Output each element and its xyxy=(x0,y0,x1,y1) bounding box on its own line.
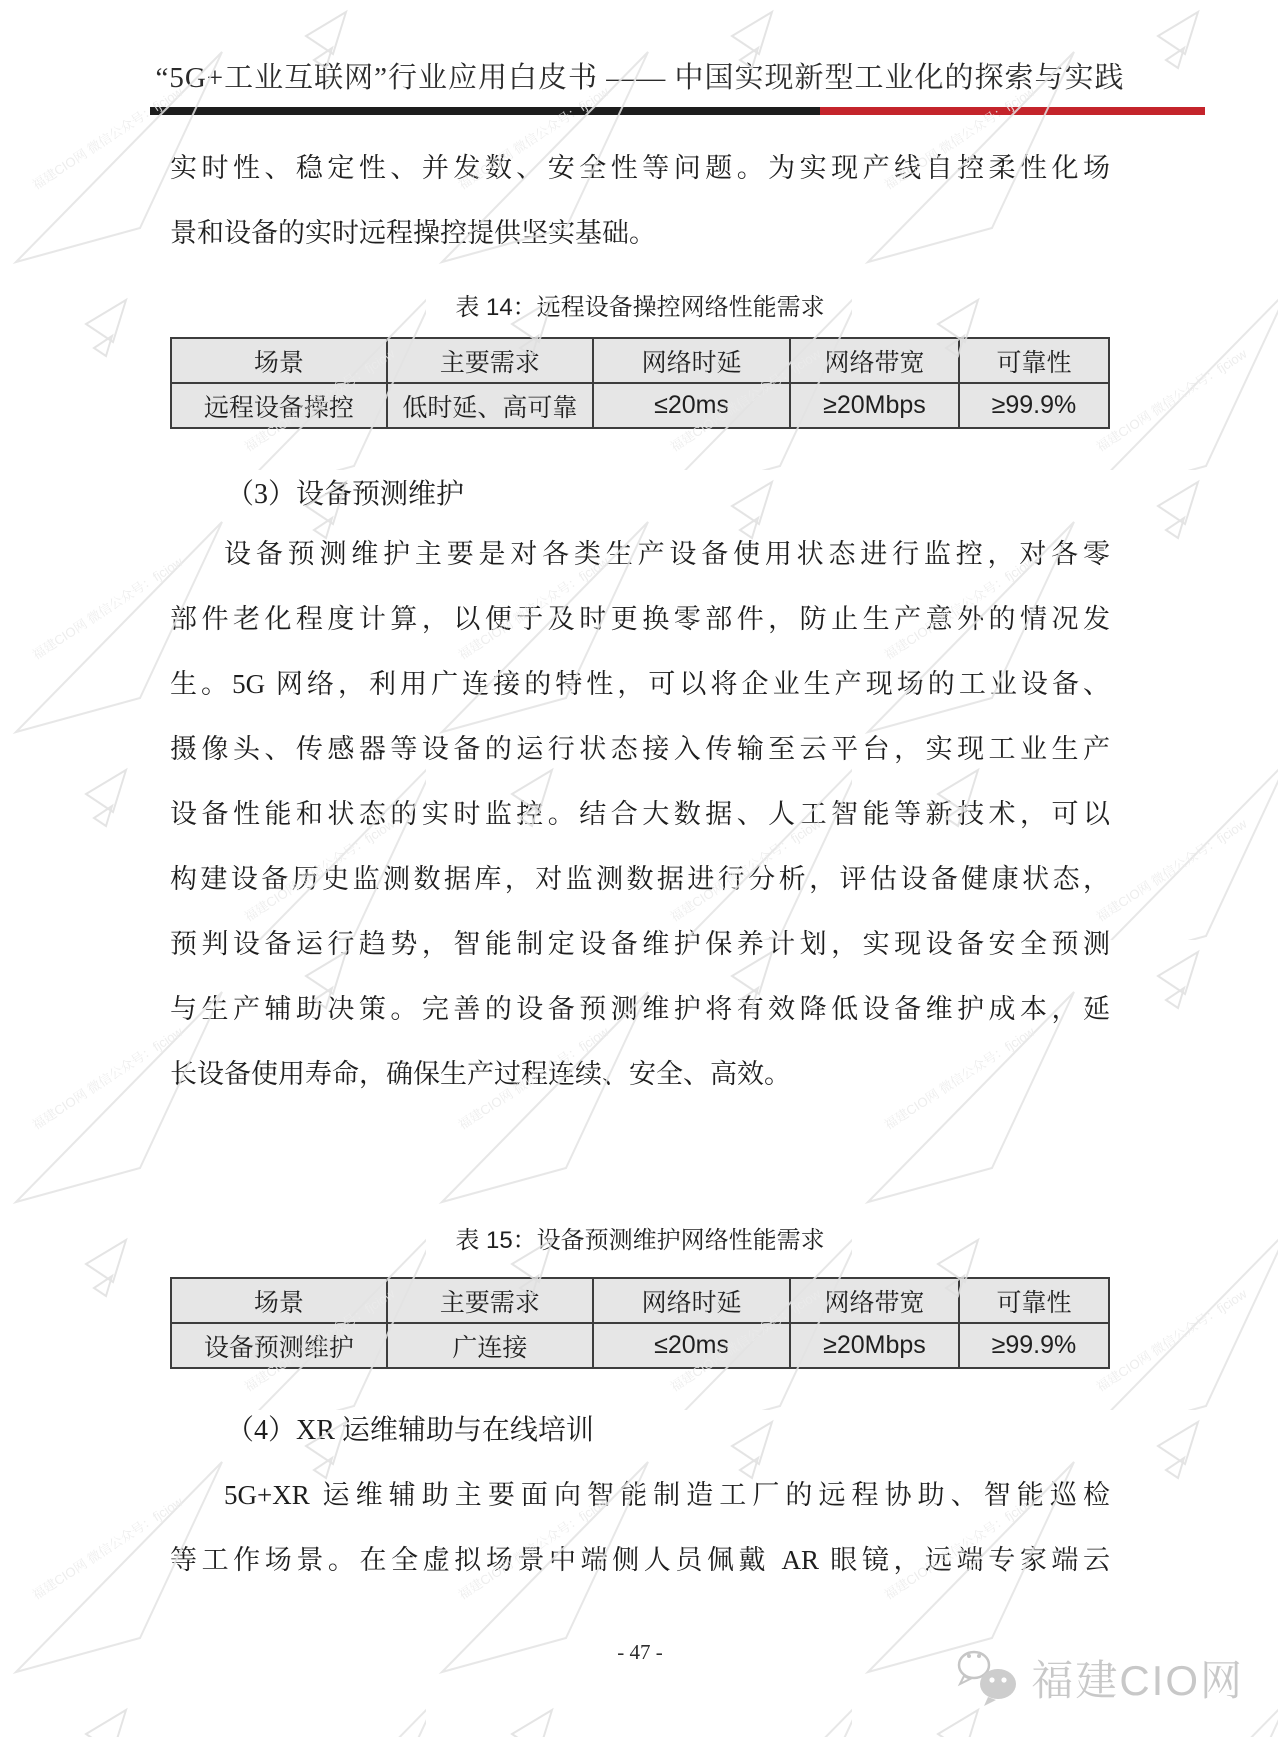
body-text-line: 部件老化程度计算，以便于及时更换零部件，防止生产意外的情况发 xyxy=(170,587,1110,652)
column-header-latency: 网络时延 xyxy=(593,338,790,383)
cell-requirement: 广连接 xyxy=(387,1323,593,1368)
intro-paragraph: 实时性、稳定性、并发数、安全性等问题。为实现产线自控柔性化场 景和设备的实时远程… xyxy=(170,136,1110,266)
column-header-bandwidth: 网络带宽 xyxy=(790,338,959,383)
section3-heading: （3）设备预测维护 xyxy=(170,475,1110,515)
table-row: 设备预测维护 广连接 ≤20ms ≥20Mbps ≥99.9% xyxy=(171,1323,1109,1368)
cell-requirement: 低时延、高可靠 xyxy=(387,383,593,428)
body-text-line: 设备性能和状态的实时监控。结合大数据、人工智能等新技术，可以 xyxy=(170,782,1110,847)
header-rule xyxy=(150,107,1205,115)
table14-caption: 表 14：远程设备操控网络性能需求 xyxy=(170,293,1110,323)
body-text-line: 设备预测维护主要是对各类生产设备使用状态进行监控，对各零 xyxy=(170,522,1110,587)
section3-paragraph: 设备预测维护主要是对各类生产设备使用状态进行监控，对各零 部件老化程度计算，以便… xyxy=(170,522,1110,1107)
body-text-line: 实时性、稳定性、并发数、安全性等问题。为实现产线自控柔性化场 xyxy=(170,136,1110,201)
site-logo: 福建CIO网 xyxy=(955,1648,1244,1708)
column-header-latency: 网络时延 xyxy=(593,1278,790,1323)
cell-latency: ≤20ms xyxy=(593,1323,790,1368)
table-remote-control-requirements: 场景 主要需求 网络时延 网络带宽 可靠性 远程设备操控 低时延、高可靠 ≤20… xyxy=(170,337,1110,429)
body-text-line: 生。5G 网络，利用广连接的特性，可以将企业生产现场的工业设备、 xyxy=(170,652,1110,717)
column-header-reliability: 可靠性 xyxy=(959,1278,1109,1323)
body-text-line: 与生产辅助决策。完善的设备预测维护将有效降低设备维护成本，延 xyxy=(170,977,1110,1042)
cell-latency: ≤20ms xyxy=(593,383,790,428)
body-text-line: 长设备使用寿命，确保生产过程连续、安全、高效。 xyxy=(170,1042,1110,1107)
section4-paragraph: 5G+XR 运维辅助主要面向智能制造工厂的远程协助、智能巡检 等工作场景。在全虚… xyxy=(170,1463,1110,1593)
body-text-line: 等工作场景。在全虚拟场景中端侧人员佩戴 AR 眼镜，远端专家端云 xyxy=(170,1528,1110,1593)
table-header-row: 场景 主要需求 网络时延 网络带宽 可靠性 xyxy=(171,338,1109,383)
cell-bandwidth: ≥20Mbps xyxy=(790,1323,959,1368)
cell-bandwidth: ≥20Mbps xyxy=(790,383,959,428)
cell-scene: 设备预测维护 xyxy=(171,1323,387,1368)
column-header-bandwidth: 网络带宽 xyxy=(790,1278,959,1323)
column-header-scene: 场景 xyxy=(171,1278,387,1323)
table-predictive-maintenance-requirements: 场景 主要需求 网络时延 网络带宽 可靠性 设备预测维护 广连接 ≤20ms ≥… xyxy=(170,1277,1110,1369)
document-page: 福建CIO网 微信公众号：fjciow 福建CIO网 微信公众号：fjciow … xyxy=(0,0,1280,1737)
table-row: 远程设备操控 低时延、高可靠 ≤20ms ≥20Mbps ≥99.9% xyxy=(171,383,1109,428)
page-header-title: “5G+工业互联网”行业应用白皮书 —— 中国实现新型工业化的探索与实践 xyxy=(0,62,1280,94)
site-logo-text: 福建CIO网 xyxy=(1031,1648,1244,1708)
column-header-reliability: 可靠性 xyxy=(959,338,1109,383)
body-text-line: 景和设备的实时远程操控提供坚实基础。 xyxy=(170,201,1110,266)
cell-reliability: ≥99.9% xyxy=(959,383,1109,428)
column-header-requirement: 主要需求 xyxy=(387,1278,593,1323)
cell-scene: 远程设备操控 xyxy=(171,383,387,428)
column-header-requirement: 主要需求 xyxy=(387,338,593,383)
body-text-line: 摄像头、传感器等设备的运行状态接入传输至云平台，实现工业生产 xyxy=(170,717,1110,782)
page-header: “5G+工业互联网”行业应用白皮书 —— 中国实现新型工业化的探索与实践 xyxy=(0,0,1280,115)
table-header-row: 场景 主要需求 网络时延 网络带宽 可靠性 xyxy=(171,1278,1109,1323)
page-content: 实时性、稳定性、并发数、安全性等问题。为实现产线自控柔性化场 景和设备的实时远程… xyxy=(170,136,1110,1665)
column-header-scene: 场景 xyxy=(171,338,387,383)
section4-heading: （4）XR 运维辅助与在线培训 xyxy=(170,1411,1110,1451)
body-text-line: 5G+XR 运维辅助主要面向智能制造工厂的远程协助、智能巡检 xyxy=(170,1463,1110,1528)
wechat-bubbles-icon xyxy=(955,1648,1021,1708)
table15-caption: 表 15：设备预测维护网络性能需求 xyxy=(170,1226,1110,1256)
cell-reliability: ≥99.9% xyxy=(959,1323,1109,1368)
body-text-line: 预判设备运行趋势，智能制定设备维护保养计划，实现设备安全预测 xyxy=(170,912,1110,977)
body-text-line: 构建设备历史监测数据库，对监测数据进行分析，评估设备健康状态， xyxy=(170,847,1110,912)
